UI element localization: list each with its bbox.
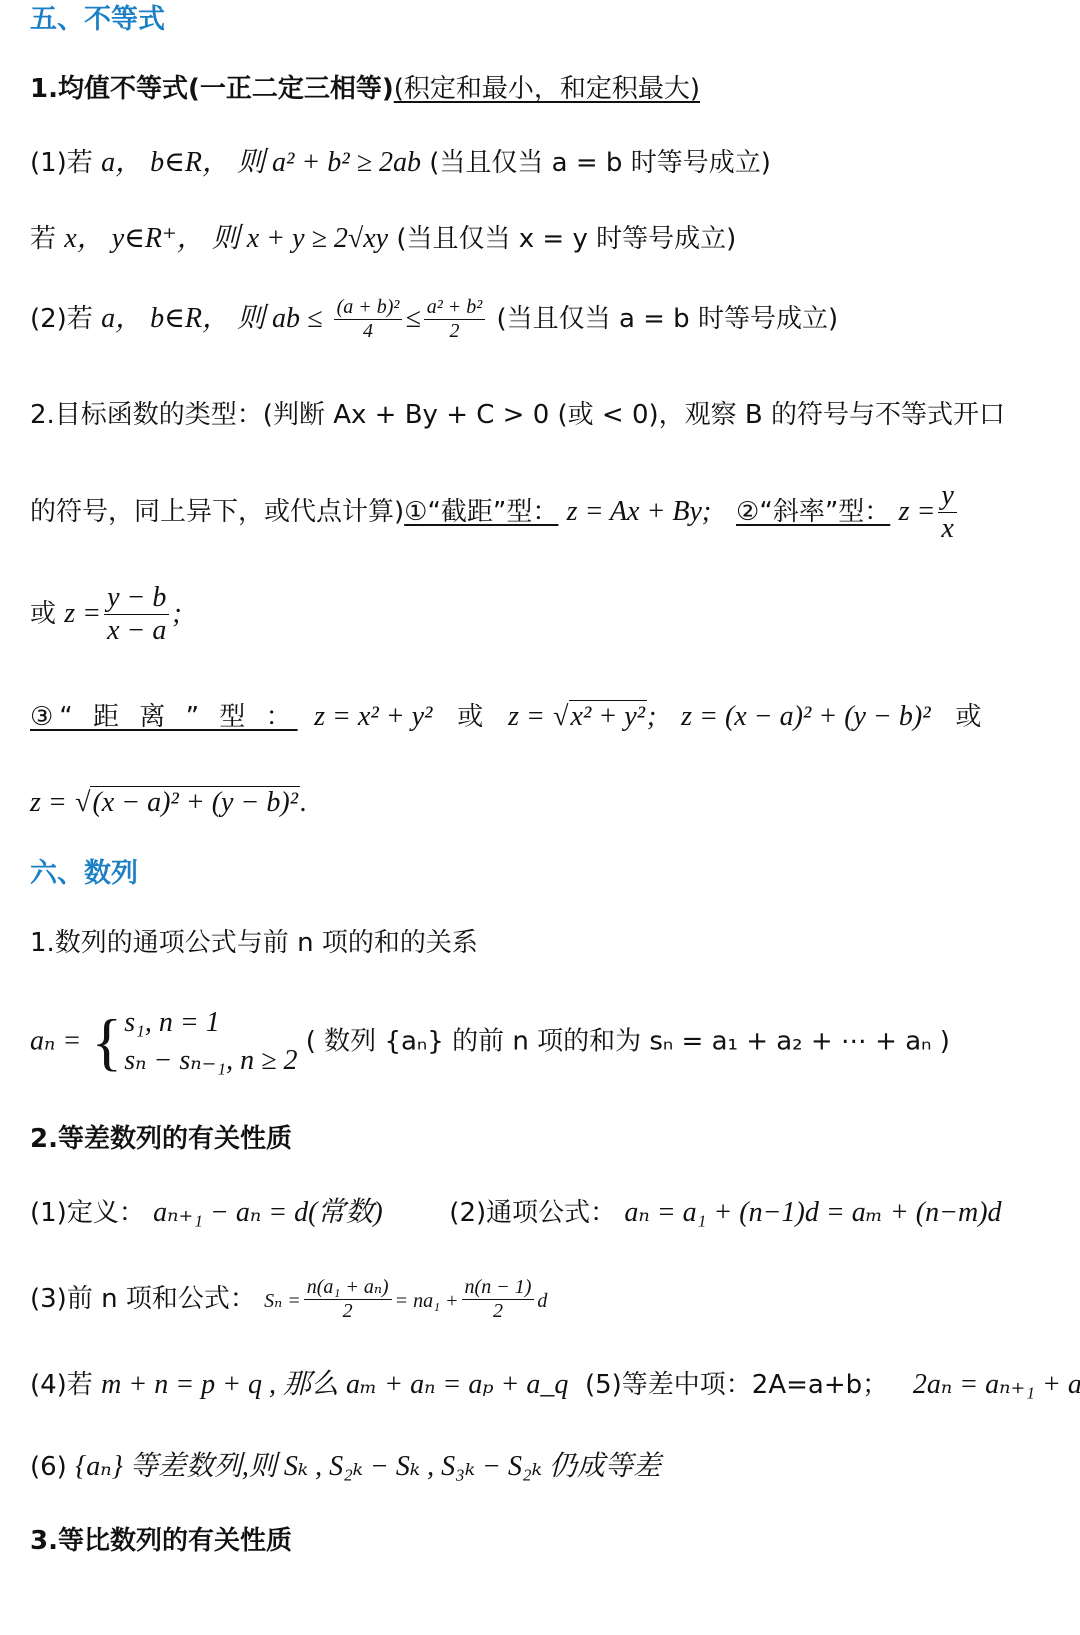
type3-label: ③“ 距 离 ” 型 ： [30, 702, 298, 732]
math: a， b∈R， 则 a² + b² ≥ 2ab [101, 147, 421, 178]
type2-lhs: z = [899, 496, 936, 527]
note: (当且仅当 x = y 时等号成立) [396, 224, 736, 254]
sqrt: √(x − a)² + (y − b)² [75, 786, 300, 820]
fraction: n(n − 1)2 [462, 1276, 535, 1323]
case-1: s₁, n = 1 [124, 1004, 297, 1042]
distance-type: ③“ 距 离 ” 型 ： z = x² + y² 或 z = √x² + y²;… [30, 700, 981, 734]
radicand: (x − a)² + (y − b)² [90, 786, 300, 818]
or: 或 [457, 702, 483, 732]
piecewise-an: aₙ = { s₁, n = 1 sₙ − sₙ₋₁, n ≥ 2 ( 数列 {… [30, 1004, 950, 1080]
objective-function-line2: 的符号，同上异下，或代点计算)①“截距”型： z = Ax + By; ②“斜率… [30, 480, 960, 545]
sum-label: (3)前 n 项和公式： [30, 1284, 256, 1314]
def-math: aₙ₊₁ − aₙ = d(常数) [153, 1197, 383, 1228]
p5-label: (5)等差中项：2A=a+b； [585, 1370, 888, 1400]
label: 若 [30, 224, 56, 254]
arith-prop-6: (6) {aₙ} 等差数列,则 Sₖ , S₂ₖ − Sₖ , S₃ₖ − S₂… [30, 1450, 661, 1484]
denominator: 2 [343, 1300, 353, 1323]
arith-sum: (3)前 n 项和公式： Sₙ =n(a₁ + aₙ)2= na₁ +n(n −… [30, 1276, 547, 1323]
denominator: 2 [493, 1300, 503, 1323]
label: (1)若 [30, 148, 93, 178]
left-brace-icon: { [92, 1010, 123, 1074]
arith-props-4-5: (4)若 m + n = p + q , 那么 aₘ + aₙ = aₚ + a… [30, 1368, 1080, 1402]
section-title-sequence: 六、数列 [30, 858, 138, 890]
section-title-inequality: 五、不等式 [30, 4, 165, 36]
type1-label: ①“截距”型： [404, 497, 558, 527]
heading-arithmetic: 2.等差数列的有关性质 [30, 1124, 292, 1155]
denominator: 4 [363, 320, 373, 343]
math: x， y∈R⁺， 则 x + y ≥ 2√xy [64, 223, 388, 254]
heading-text: 1.均值不等式(一正二定三相等) [30, 74, 394, 104]
sqrt: √x² + y² [553, 700, 647, 734]
heading-note: (积定和最小，和定积最大) [394, 74, 700, 104]
numerator: n(a₁ + aₙ) [304, 1276, 392, 1300]
note: ( 数列 {aₙ} 的前 n 项的和为 sₙ = a₁ + a₂ + ⋯ + a… [306, 1026, 950, 1056]
lhs: Sₙ = [264, 1290, 301, 1312]
text: 的符号，同上异下，或代点计算) [30, 497, 404, 527]
distance-sqrt: z = √(x − a)² + (y − b)². [30, 786, 307, 820]
math: a， b∈R， 则 ab ≤ [101, 303, 322, 334]
heading-sequence-relation: 1.数列的通项公式与前 n 项的和的关系 [30, 928, 478, 959]
lhs: z = [30, 787, 67, 818]
note: (当且仅当 a = b 时等号成立) [429, 148, 771, 178]
numerator: (a + b)² [334, 296, 403, 320]
denominator: 2 [450, 320, 460, 343]
lhs: aₙ = [30, 1025, 81, 1056]
end: ; [647, 701, 656, 732]
end: d [537, 1290, 547, 1312]
type2-label: ②“斜率”型： [736, 497, 890, 527]
p4-math: m + n = p + q , 那么 aₘ + aₙ = aₚ + a_q [101, 1369, 568, 1400]
fraction: yx [938, 480, 956, 545]
formula-1b: 若 x， y∈R⁺， 则 x + y ≥ 2√xy (当且仅当 x = y 时等… [30, 222, 736, 256]
math1: z = x² + y² [314, 701, 432, 732]
math3: z = (x − a)² + (y − b)² [681, 701, 930, 732]
end: ; [172, 598, 181, 629]
end: . [300, 787, 307, 818]
lhs: z = [64, 598, 101, 629]
denominator: x − a [107, 615, 166, 647]
formula-2: (2)若 a， b∈R， 则 ab ≤ (a + b)²4≤a² + b²2 (… [30, 296, 838, 343]
formula-1: (1)若 a， b∈R， 则 a² + b² ≥ 2ab (当且仅当 a = b… [30, 146, 771, 180]
denominator: x [941, 513, 953, 545]
numerator: y [938, 480, 956, 513]
general-math: aₙ = a₁ + (n−1)d = aₘ + (n−m)d [624, 1197, 1001, 1228]
p6-math: {aₙ} 等差数列,则 Sₖ , S₂ₖ − Sₖ , S₃ₖ − S₂ₖ 仍成… [75, 1451, 661, 1482]
mid: = na₁ + [395, 1290, 459, 1312]
general-label: (2)通项公式： [449, 1198, 616, 1228]
case-2: sₙ − sₙ₋₁, n ≥ 2 [124, 1042, 297, 1080]
label: (2)若 [30, 304, 93, 334]
or-label: 或 [30, 599, 56, 629]
fraction: n(a₁ + aₙ)2 [304, 1276, 392, 1323]
p5-math: 2aₙ = aₙ₊₁ + aₙ₋₁ [913, 1369, 1080, 1400]
def-label: (1)定义： [30, 1198, 145, 1228]
fraction: a² + b²2 [424, 296, 486, 343]
numerator: a² + b² [424, 296, 486, 320]
type1-math: z = Ax + By; [567, 496, 712, 527]
or: 或 [955, 702, 981, 732]
heading-mean-inequality: 1.均值不等式(一正二定三相等)(积定和最小，和定积最大) [30, 74, 700, 105]
fraction: (a + b)²4 [334, 296, 403, 343]
radicand: x² + y² [569, 700, 648, 732]
lhs: z = [508, 701, 545, 732]
arith-def-general: (1)定义： aₙ₊₁ − aₙ = d(常数) (2)通项公式： aₙ = a… [30, 1196, 1002, 1230]
cases: { s₁, n = 1 sₙ − sₙ₋₁, n ≥ 2 [90, 1004, 298, 1080]
objective-function-line1: 2.目标函数的类型：(判断 Ax + By + C > 0 (或 < 0)，观察… [30, 400, 1005, 431]
heading-geometric: 3.等比数列的有关性质 [30, 1526, 292, 1557]
numerator: n(n − 1) [462, 1276, 535, 1300]
slope-alt: 或 z =y − bx − a; [30, 582, 182, 647]
p4-label: (4)若 [30, 1370, 93, 1400]
numerator: y − b [104, 582, 169, 615]
fraction: y − bx − a [104, 582, 169, 647]
p6-label: (6) [30, 1452, 67, 1482]
note: (当且仅当 a = b 时等号成立) [497, 304, 839, 334]
